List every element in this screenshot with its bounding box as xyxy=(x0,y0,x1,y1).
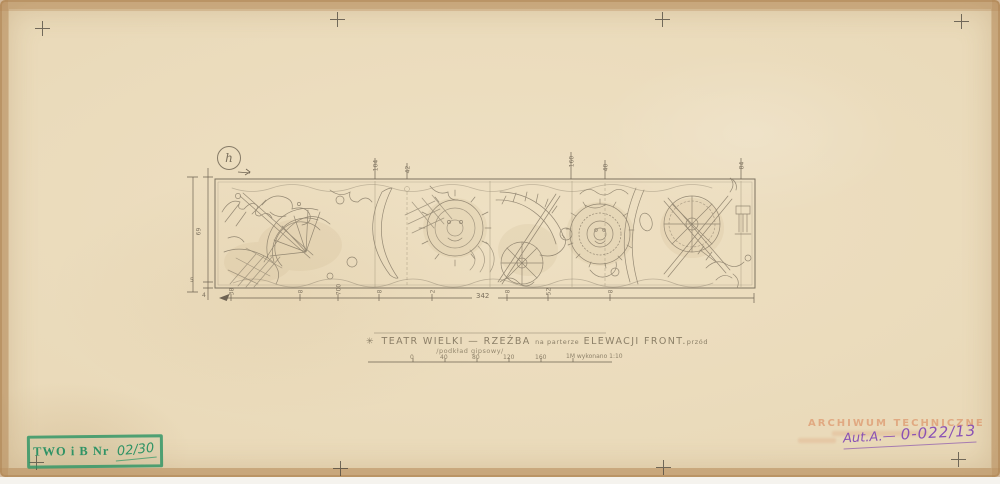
scale-tick: 80 xyxy=(472,354,480,361)
dim-tick: 160 xyxy=(569,153,576,171)
dim-tick: 104 xyxy=(373,157,380,175)
scale-tick: 0 xyxy=(410,354,414,361)
dim-total-width: 342 xyxy=(476,292,489,300)
detail-bubble-label: h xyxy=(225,151,233,165)
dim-tick: 8 xyxy=(377,283,384,301)
detail-bubble: h xyxy=(217,146,241,170)
title-mid: na parterze xyxy=(535,338,579,346)
dim-tick: 8 xyxy=(298,283,305,301)
dim-tick: 8 xyxy=(505,283,512,301)
dim-small-top: 5 xyxy=(190,277,194,284)
inventory-stamp-number: 02/30 xyxy=(115,441,158,462)
title-main2: ELEWACJI FRONT. xyxy=(584,336,687,347)
scale-tick: 120 xyxy=(503,354,514,361)
dim-small-bottom: 4 xyxy=(202,292,206,299)
scale-tick: 40 xyxy=(440,354,448,361)
dim-tick: 42 xyxy=(405,161,412,179)
inventory-stamp: TWO i B Nr 02/30 xyxy=(27,434,163,468)
title-suffix: przód xyxy=(687,338,708,346)
dim-height: 69 xyxy=(196,223,203,241)
drawing-title: ✳TEATR WIELKI — RZEŹBA na parterze ELEWA… xyxy=(366,336,708,347)
dim-tick: 40 xyxy=(603,159,610,177)
dim-tick: 52 xyxy=(546,283,553,301)
scale-tick: 160 xyxy=(535,354,546,361)
asterisk-icon: ✳ xyxy=(366,337,374,347)
dim-tick: 2 xyxy=(430,283,437,301)
capital-motif xyxy=(735,206,751,234)
archive-stamp-faded-line xyxy=(798,438,836,443)
scanned-drawing-sheet: h 69 5 4 342 104 42 160 40 84 38 8 700 8… xyxy=(0,0,1000,484)
handwritten-number: 0-022/13 xyxy=(900,422,977,444)
dim-tick: 38 xyxy=(229,283,236,301)
ribbon-motif xyxy=(373,188,398,278)
inventory-stamp-label: TWO i B Nr xyxy=(33,444,109,460)
drawing-subtitle: /podkład gipsowy/ xyxy=(400,347,540,355)
handwritten-prefix: Aut.A.— xyxy=(843,429,896,447)
frieze-drawing xyxy=(0,0,1000,484)
title-main: TEATR WIELKI — RZEŹBA xyxy=(382,336,531,347)
dim-tick: 8 xyxy=(608,283,615,301)
graphite-shading xyxy=(224,198,724,282)
dim-tick: 84 xyxy=(739,157,746,175)
scale-note: 1M wykonano 1:10 xyxy=(566,353,623,360)
dim-tick: 700 xyxy=(336,281,343,299)
